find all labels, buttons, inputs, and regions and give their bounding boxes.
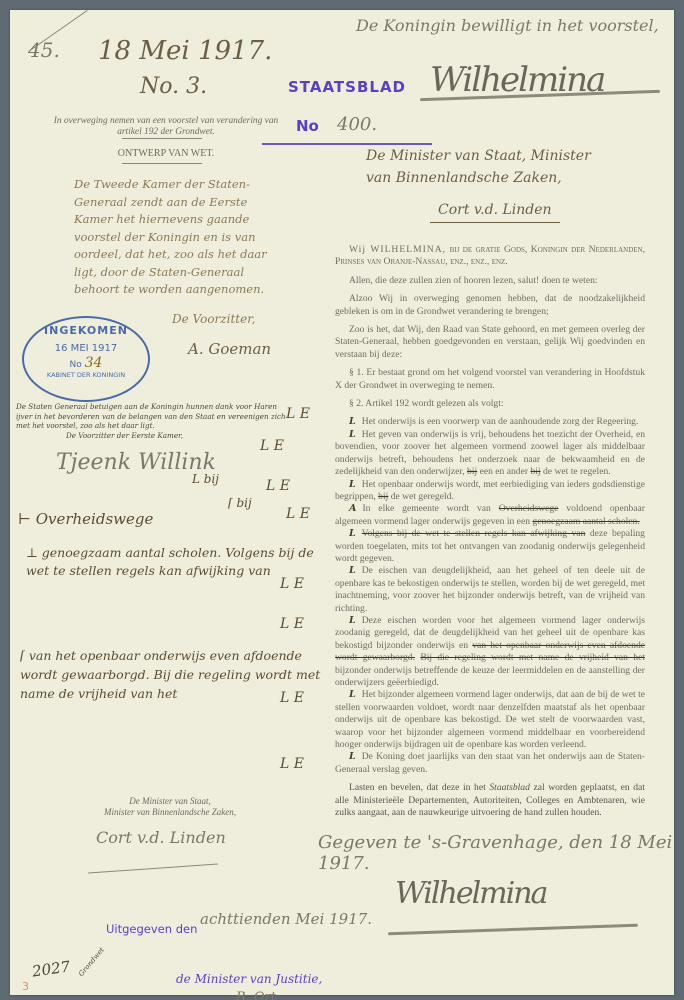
published-label: Uitgegeven den xyxy=(106,922,197,936)
justice-minister-signature: B. Ort xyxy=(236,990,276,1000)
justice-minister-label: de Minister van Justitie, xyxy=(176,972,322,986)
published-date: achttienden Mei 1917. xyxy=(200,910,372,928)
margin-mark: L E xyxy=(280,756,304,772)
paragraph: § 1. Er bestaat grond om het volgend voo… xyxy=(335,367,645,392)
handwritten-number: No. 3. xyxy=(140,74,207,99)
signature-flourish xyxy=(388,924,638,936)
printed-minister-block: De Minister van Staat, Minister van Binn… xyxy=(70,796,270,818)
article-item: LHet openbaar onderwijs wordt, met eerbi… xyxy=(335,479,645,504)
margin-correction-1: ⊢ Overheidswege xyxy=(18,510,153,528)
received-stamp-number: 34 xyxy=(85,355,103,371)
eerste-kamer-closing: De Voorzitter der Eerste Kamer, xyxy=(66,431,183,440)
document-title: ONTWERP VAN WET. xyxy=(50,148,282,160)
document-subtitle: In overweging nemen van een voorstel van… xyxy=(50,116,282,138)
folio-number: 45. xyxy=(28,38,60,62)
article-item: AIn elke gemeente wordt van Overheidsweg… xyxy=(335,503,645,528)
margin-mark: L E xyxy=(260,438,284,454)
paragraph: Allen, die deze zullen zien of hooren le… xyxy=(335,275,645,287)
tweede-kamer-note: De Tweede Kamer der Staten-Generaal zend… xyxy=(74,176,284,299)
closing-paragraph: Lasten en bevelen, dat deze in het Staat… xyxy=(335,782,645,819)
staatsblad-stamp-label: STAATSBLAD xyxy=(288,78,406,96)
margin-correction-2: ⊥ genoegzaam aantal scholen. Volgens bij… xyxy=(26,544,326,580)
minister-header-signature: Cort v.d. Linden xyxy=(438,202,552,218)
divider xyxy=(122,138,202,139)
handwritten-date: 18 Mei 1917. xyxy=(98,36,272,66)
article-item: LDe eischen van deugdelijkheid, aan het … xyxy=(335,565,645,615)
minister-header-line2: van Binnenlandsche Zaken, xyxy=(366,170,562,186)
document-page: 45. 18 Mei 1917. No. 3. De Koningin bewi… xyxy=(10,10,674,995)
page-marker: 3 xyxy=(22,980,29,993)
margin-mark: L E xyxy=(286,406,310,422)
opening-line: Wij WILHELMINA, bij de gratie Gods, Koni… xyxy=(335,244,645,269)
correction-mark: ⊢ xyxy=(18,510,31,528)
eerste-kamer-note: De Staten Generaal betuigen aan de Konin… xyxy=(16,402,286,431)
received-stamp-no-label: No xyxy=(70,360,82,370)
article-item: LHet geven van onderwijs is vrij, behoud… xyxy=(335,429,645,479)
opening-title: Wij WILHELMINA, xyxy=(349,244,446,255)
received-stamp-top: INGEKOMEN xyxy=(24,324,148,337)
received-stamp-date: 16 MEI 1917 xyxy=(24,343,148,354)
minister-header-line1: De Minister van Staat, Minister xyxy=(366,148,591,164)
margin-mark: L E xyxy=(280,576,304,592)
correction-mark: ⊥ xyxy=(26,545,38,560)
given-at-line: Gegeven te 's-Gravenhage, den 18 Mei 191… xyxy=(318,832,674,874)
decree-body: Wij WILHELMINA, bij de gratie Gods, Koni… xyxy=(335,244,645,819)
paragraph: Zoo is het, dat Wij, den Raad van State … xyxy=(335,324,645,361)
divider xyxy=(122,163,202,164)
article-item: LDeze eischen worden voor het algemeen v… xyxy=(335,615,645,689)
received-stamp: INGEKOMEN 16 MEI 1917 No 34 KABINET DER … xyxy=(22,316,150,402)
article-item: LHet onderwijs is een voorwerp van de aa… xyxy=(335,416,645,428)
article-item: LDe Koning doet jaarlijks van den staat … xyxy=(335,751,645,776)
paragraph: Alzoo Wij in overweging genomen hebben, … xyxy=(335,293,645,318)
bottom-royal-signature: Wilhelmina xyxy=(395,876,546,911)
archive-number: 2027 xyxy=(31,957,71,980)
paragraph: § 2. Artikel 192 wordt gelezen als volgt… xyxy=(335,398,645,410)
printed-minister-line2: Minister van Binnenlandsche Zaken, xyxy=(70,807,270,818)
margin-mark: L E xyxy=(266,478,290,494)
margin-mark: L E xyxy=(280,690,304,706)
article-item: LHet bijzonder algemeen vormend lager on… xyxy=(335,689,645,751)
margin-mark: L bij xyxy=(192,472,219,486)
printed-minister-signature: Cort v.d. Linden xyxy=(96,828,226,847)
tweede-kamer-closing: De Voorzitter, xyxy=(172,312,255,326)
royal-approval-text: De Koningin bewilligt in het voorstel, xyxy=(356,16,659,35)
archive-note: Grondwet xyxy=(77,946,106,978)
printed-minister-line1: De Minister van Staat, xyxy=(70,796,270,807)
tweede-kamer-signature: A. Goeman xyxy=(188,340,271,358)
signature-underline xyxy=(88,863,218,873)
signature-underline xyxy=(430,222,560,223)
stamp-underline xyxy=(262,143,432,145)
margin-mark: L E xyxy=(280,616,304,632)
margin-mark: ⌈ bij xyxy=(228,496,252,510)
staatsblad-no-label: No xyxy=(296,117,319,135)
correction-mark: ⌈ xyxy=(20,648,25,663)
staatsblad-number: 400. xyxy=(337,114,377,135)
received-stamp-bottom: KABINET DER KONINGIN xyxy=(24,371,148,379)
margin-mark: L E xyxy=(286,506,310,522)
article-item: LVolgens bij de wet te stellen regels ka… xyxy=(335,528,645,565)
